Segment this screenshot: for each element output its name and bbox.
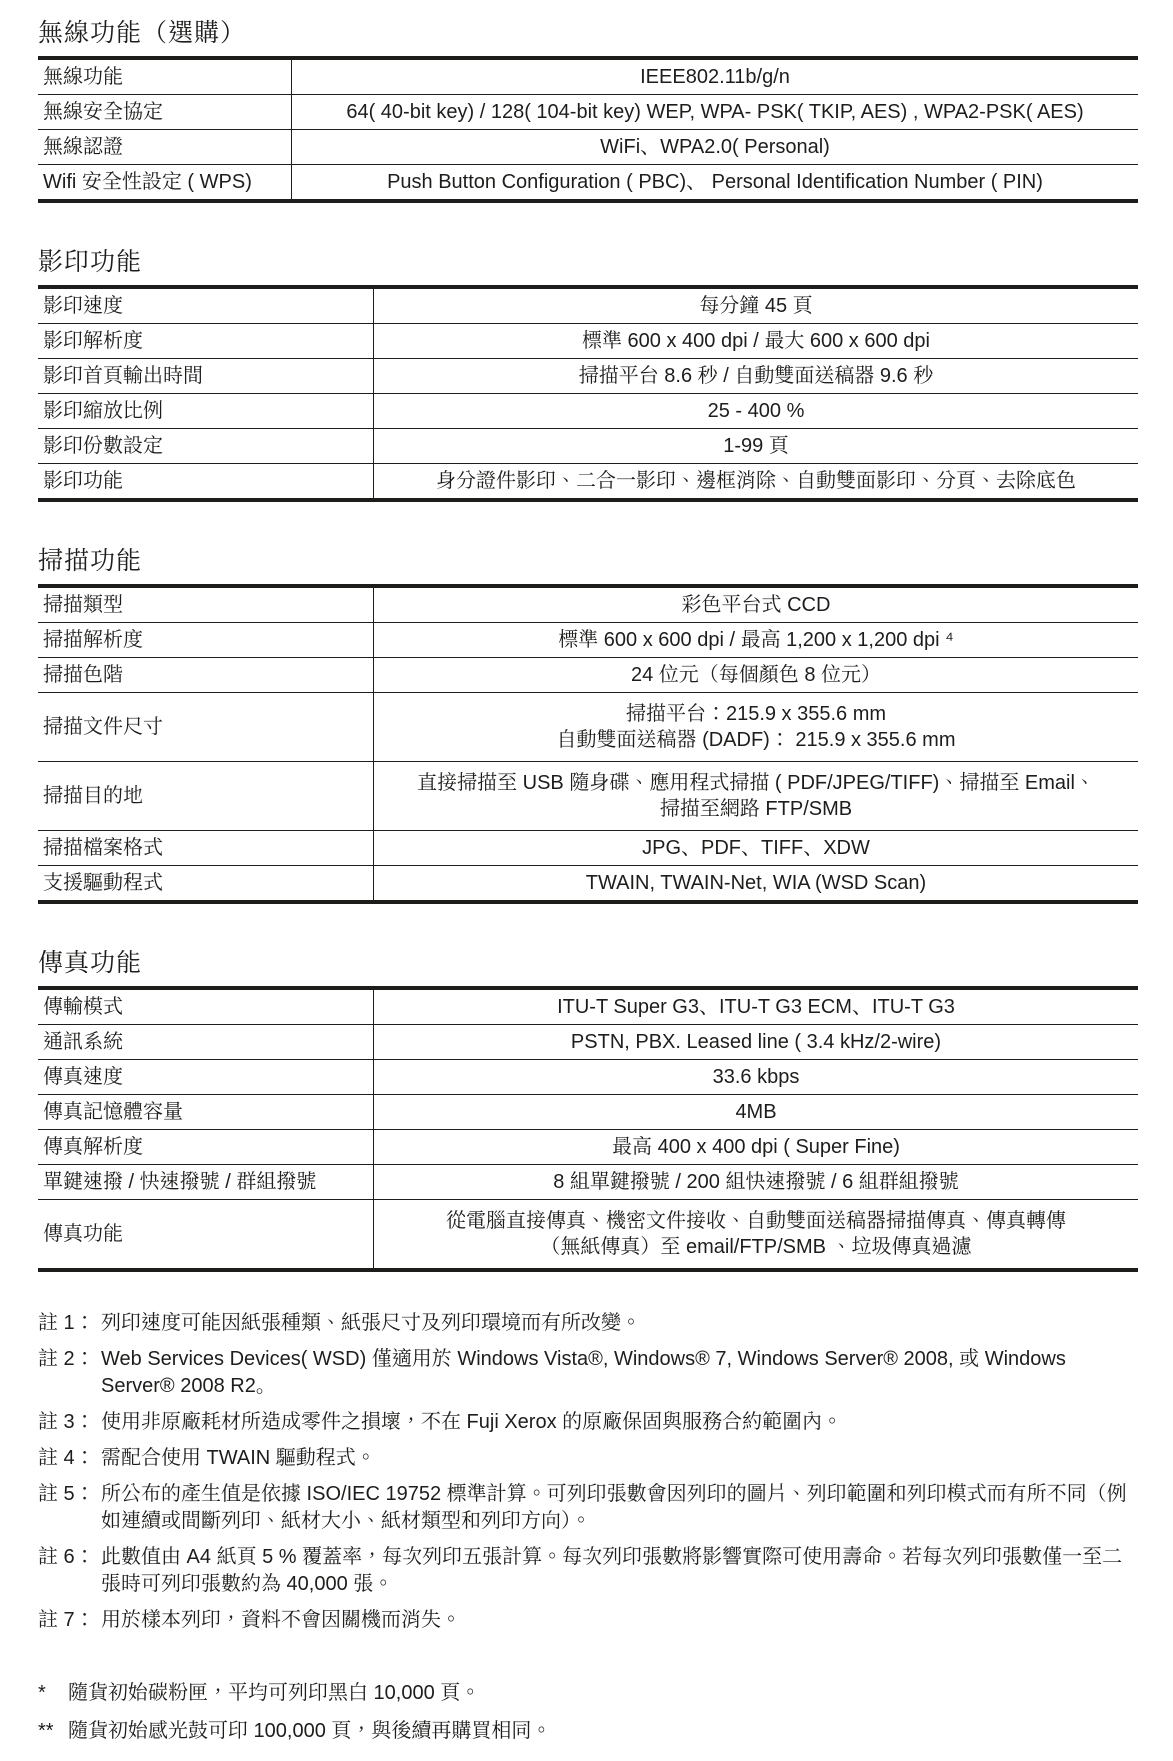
note-text: 列印速度可能因紙張種類、紙張尺寸及列印環境而有所改變。 (101, 1310, 1140, 1337)
spec-row: 影印解析度標準 600 x 400 dpi / 最大 600 x 600 dpi (38, 324, 1138, 359)
spec-section: 影印功能影印速度每分鐘 45 頁影印解析度標準 600 x 400 dpi / … (38, 247, 1138, 502)
spec-row: 支援驅動程式TWAIN, TWAIN-Net, WIA (WSD Scan) (38, 866, 1138, 900)
row-value: 每分鐘 45 頁 (374, 289, 1138, 323)
row-label: 傳真記憶體容量 (38, 1095, 374, 1129)
note-item: 註 4：需配合使用 TWAIN 驅動程式。 (38, 1445, 1140, 1472)
note-text: Web Services Devices( WSD) 僅適用於 Windows … (101, 1346, 1140, 1400)
row-value: 從電腦直接傳真、機密文件接收、自動雙面送稿器掃描傳真、傳真轉傳 （無紙傳真）至 … (374, 1200, 1138, 1268)
row-value: 直接掃描至 USB 隨身碟、應用程式掃描 ( PDF/JPEG/TIFF)、掃描… (374, 762, 1138, 830)
spec-row: 單鍵速撥 / 快速撥號 / 群組撥號8 組單鍵撥號 / 200 組快速撥號 / … (38, 1165, 1138, 1200)
row-label: 無線功能 (38, 60, 292, 94)
row-label: 掃描類型 (38, 588, 374, 622)
row-label: 傳真解析度 (38, 1130, 374, 1164)
row-value: 4MB (374, 1095, 1138, 1129)
spec-row: 無線安全協定64( 40-bit key) / 128( 104-bit key… (38, 95, 1138, 130)
note-item: 註 7：用於樣本列印，資料不會因關機而消失。 (38, 1607, 1140, 1634)
row-label: 影印縮放比例 (38, 394, 374, 428)
note-item: 註 3：使用非原廠耗材所造成零件之損壞，不在 Fuji Xerox 的原廠保固與… (38, 1409, 1140, 1436)
footnote-item: **隨貨初始感光鼓可印 100,000 頁，與後續再購買相同。 (38, 1718, 1140, 1745)
spec-row: 傳輸模式ITU-T Super G3、ITU-T G3 ECM、ITU-T G3 (38, 990, 1138, 1025)
spec-section: 掃描功能掃描類型彩色平台式 CCD掃描解析度標準 600 x 600 dpi /… (38, 546, 1138, 904)
note-text: 用於樣本列印，資料不會因關機而消失。 (101, 1607, 1140, 1634)
row-label: 影印功能 (38, 464, 374, 498)
row-value: 身分證件影印、二合一影印、邊框消除、自動雙面影印、分頁、去除底色 (374, 464, 1138, 498)
row-label: 掃描色階 (38, 658, 374, 692)
row-value: 33.6 kbps (374, 1060, 1138, 1094)
note-item: 註 1：列印速度可能因紙張種類、紙張尺寸及列印環境而有所改變。 (38, 1310, 1140, 1337)
note-text: 所公布的產生值是依據 ISO/IEC 19752 標準計算。可列印張數會因列印的… (101, 1481, 1140, 1535)
row-value: 25 - 400 % (374, 394, 1138, 428)
note-item: 註 6：此數值由 A4 紙頁 5 % 覆蓋率，每次列印五張計算。每次列印張數將影… (38, 1544, 1140, 1598)
note-prefix: 註 5： (38, 1481, 101, 1508)
section-title: 掃描功能 (38, 546, 1138, 576)
note-prefix: 註 6： (38, 1544, 101, 1571)
note-prefix: 註 2： (38, 1346, 101, 1373)
note-prefix: 註 1： (38, 1310, 101, 1337)
section-title: 傳真功能 (38, 948, 1138, 978)
row-value: 1-99 頁 (374, 429, 1138, 463)
row-value: Push Button Configuration ( PBC)、 Person… (292, 165, 1138, 199)
row-label: 掃描檔案格式 (38, 831, 374, 865)
row-label: 支援驅動程式 (38, 866, 374, 900)
row-value: 最高 400 x 400 dpi ( Super Fine) (374, 1130, 1138, 1164)
footnote-text: 隨貨初始碳粉匣，平均可列印黑白 10,000 頁。 (68, 1680, 1140, 1707)
spec-row: 無線認證WiFi、WPA2.0( Personal) (38, 130, 1138, 165)
footnote-prefix: * (38, 1680, 68, 1707)
row-value: 8 組單鍵撥號 / 200 組快速撥號 / 6 組群組撥號 (374, 1165, 1138, 1199)
note-item: 註 5：所公布的產生值是依據 ISO/IEC 19752 標準計算。可列印張數會… (38, 1481, 1140, 1535)
footnote-text: 隨貨初始感光鼓可印 100,000 頁，與後續再購買相同。 (68, 1718, 1140, 1745)
note-prefix: 註 7： (38, 1607, 101, 1634)
spec-table: 無線功能IEEE802.11b/g/n無線安全協定64( 40-bit key)… (38, 56, 1138, 203)
row-label: 影印解析度 (38, 324, 374, 358)
section-title: 無線功能（選購） (38, 18, 1138, 48)
spec-row: 影印功能身分證件影印、二合一影印、邊框消除、自動雙面影印、分頁、去除底色 (38, 464, 1138, 498)
spec-row: 掃描色階24 位元（每個顏色 8 位元） (38, 658, 1138, 693)
row-value: IEEE802.11b/g/n (292, 60, 1138, 94)
footnotes-list: *隨貨初始碳粉匣，平均可列印黑白 10,000 頁。**隨貨初始感光鼓可印 10… (38, 1680, 1140, 1745)
note-text: 需配合使用 TWAIN 驅動程式。 (101, 1445, 1140, 1472)
row-label: 掃描目的地 (38, 762, 374, 830)
row-value: 掃描平台 8.6 秒 / 自動雙面送稿器 9.6 秒 (374, 359, 1138, 393)
spec-row: 無線功能IEEE802.11b/g/n (38, 60, 1138, 95)
spec-row: 影印縮放比例25 - 400 % (38, 394, 1138, 429)
row-label: 無線認證 (38, 130, 292, 164)
note-item: 註 2：Web Services Devices( WSD) 僅適用於 Wind… (38, 1346, 1140, 1400)
spec-row: 掃描檔案格式JPG、PDF、TIFF、XDW (38, 831, 1138, 866)
spec-row: 影印首頁輸出時間掃描平台 8.6 秒 / 自動雙面送稿器 9.6 秒 (38, 359, 1138, 394)
row-value: WiFi、WPA2.0( Personal) (292, 130, 1138, 164)
spec-row: 掃描類型彩色平台式 CCD (38, 588, 1138, 623)
row-label: 傳輸模式 (38, 990, 374, 1024)
row-value: PSTN, PBX. Leased line ( 3.4 kHz/2-wire) (374, 1025, 1138, 1059)
spec-sheet-page: 無線功能（選購）無線功能IEEE802.11b/g/n無線安全協定64( 40-… (0, 0, 1173, 1761)
row-value: 64( 40-bit key) / 128( 104-bit key) WEP,… (292, 95, 1138, 129)
row-label: 無線安全協定 (38, 95, 292, 129)
row-label: 傳真功能 (38, 1200, 374, 1268)
note-prefix: 註 3： (38, 1409, 101, 1436)
row-label: 通訊系統 (38, 1025, 374, 1059)
row-value: JPG、PDF、TIFF、XDW (374, 831, 1138, 865)
spec-section: 傳真功能傳輸模式ITU-T Super G3、ITU-T G3 ECM、ITU-… (38, 948, 1138, 1272)
row-value: 24 位元（每個顏色 8 位元） (374, 658, 1138, 692)
section-title: 影印功能 (38, 247, 1138, 277)
note-text: 此數值由 A4 紙頁 5 % 覆蓋率，每次列印五張計算。每次列印張數將影響實際可… (101, 1544, 1140, 1598)
spec-row: 傳真速度33.6 kbps (38, 1060, 1138, 1095)
spec-row: 掃描文件尺寸掃描平台：215.9 x 355.6 mm 自動雙面送稿器 (DAD… (38, 693, 1138, 762)
spec-sections: 無線功能（選購）無線功能IEEE802.11b/g/n無線安全協定64( 40-… (38, 18, 1138, 1272)
spec-row: 影印速度每分鐘 45 頁 (38, 289, 1138, 324)
row-value: 標準 600 x 600 dpi / 最高 1,200 x 1,200 dpi … (374, 623, 1138, 657)
row-value: TWAIN, TWAIN-Net, WIA (WSD Scan) (374, 866, 1138, 900)
spec-row: Wifi 安全性設定 ( WPS)Push Button Configurati… (38, 165, 1138, 199)
footnote-prefix: ** (38, 1718, 68, 1745)
row-value: 彩色平台式 CCD (374, 588, 1138, 622)
spec-table: 掃描類型彩色平台式 CCD掃描解析度標準 600 x 600 dpi / 最高 … (38, 584, 1138, 904)
row-label: 單鍵速撥 / 快速撥號 / 群組撥號 (38, 1165, 374, 1199)
spec-row: 傳真功能從電腦直接傳真、機密文件接收、自動雙面送稿器掃描傳真、傳真轉傳 （無紙傳… (38, 1200, 1138, 1268)
row-label: Wifi 安全性設定 ( WPS) (38, 165, 292, 199)
spec-section: 無線功能（選購）無線功能IEEE802.11b/g/n無線安全協定64( 40-… (38, 18, 1138, 203)
row-label: 影印速度 (38, 289, 374, 323)
row-label: 影印份數設定 (38, 429, 374, 463)
row-label: 傳真速度 (38, 1060, 374, 1094)
notes-list: 註 1：列印速度可能因紙張種類、紙張尺寸及列印環境而有所改變。註 2：Web S… (38, 1310, 1140, 1634)
spec-row: 掃描目的地直接掃描至 USB 隨身碟、應用程式掃描 ( PDF/JPEG/TIF… (38, 762, 1138, 831)
spec-table: 傳輸模式ITU-T Super G3、ITU-T G3 ECM、ITU-T G3… (38, 986, 1138, 1272)
row-value: 標準 600 x 400 dpi / 最大 600 x 600 dpi (374, 324, 1138, 358)
row-value: ITU-T Super G3、ITU-T G3 ECM、ITU-T G3 (374, 990, 1138, 1024)
spec-row: 掃描解析度標準 600 x 600 dpi / 最高 1,200 x 1,200… (38, 623, 1138, 658)
spec-row: 通訊系統PSTN, PBX. Leased line ( 3.4 kHz/2-w… (38, 1025, 1138, 1060)
row-label: 影印首頁輸出時間 (38, 359, 374, 393)
spec-row: 傳真記憶體容量4MB (38, 1095, 1138, 1130)
spec-table: 影印速度每分鐘 45 頁影印解析度標準 600 x 400 dpi / 最大 6… (38, 285, 1138, 502)
note-text: 使用非原廠耗材所造成零件之損壞，不在 Fuji Xerox 的原廠保固與服務合約… (101, 1409, 1140, 1436)
footnote-item: *隨貨初始碳粉匣，平均可列印黑白 10,000 頁。 (38, 1680, 1140, 1707)
note-prefix: 註 4： (38, 1445, 101, 1472)
row-label: 掃描解析度 (38, 623, 374, 657)
spec-row: 傳真解析度最高 400 x 400 dpi ( Super Fine) (38, 1130, 1138, 1165)
row-value: 掃描平台：215.9 x 355.6 mm 自動雙面送稿器 (DADF)： 21… (374, 693, 1138, 761)
spec-row: 影印份數設定1-99 頁 (38, 429, 1138, 464)
row-label: 掃描文件尺寸 (38, 693, 374, 761)
